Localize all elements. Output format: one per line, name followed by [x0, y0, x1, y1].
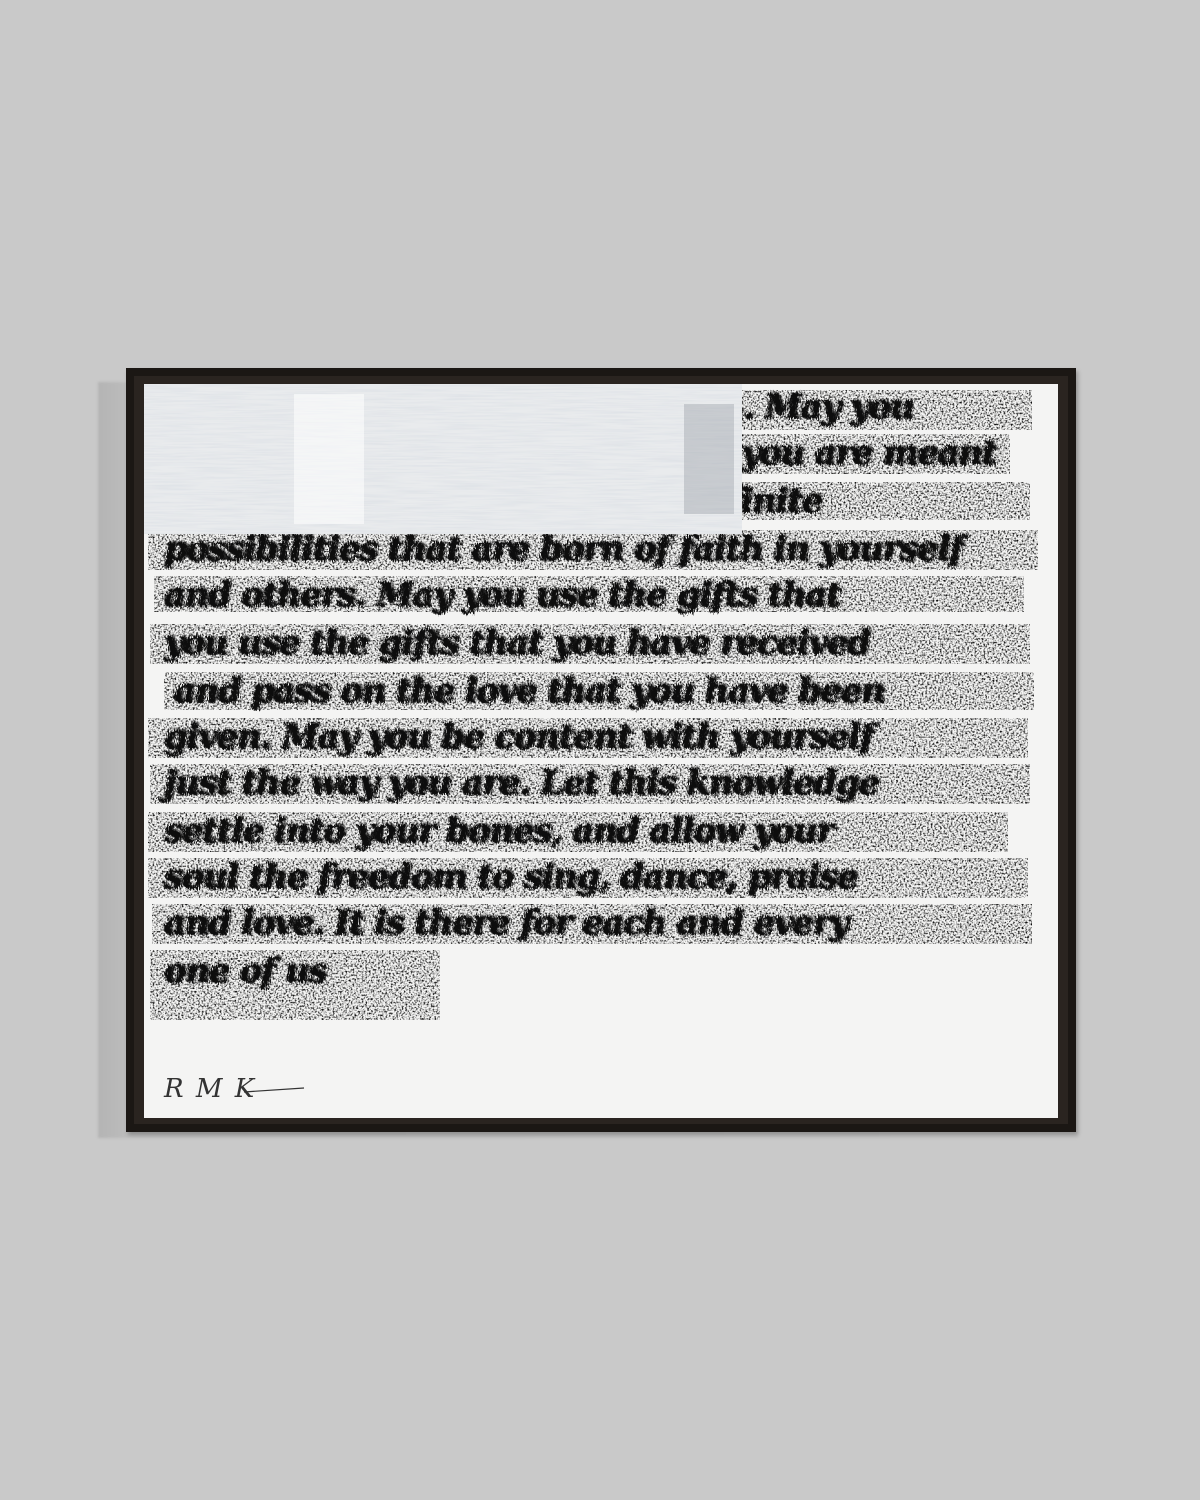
text-line: given. May you be content with yourself [164, 714, 1024, 760]
text-line: and love. It is there for each and every [164, 900, 1024, 946]
product-photo: May today there be peace within. May you… [0, 0, 1200, 1500]
text-line: and others. May you use the gifts that [164, 572, 1024, 618]
overpaint-block [144, 384, 742, 534]
text-line: one of us [164, 948, 1024, 994]
text-line: soul the freedom to sing, dance, praise [164, 854, 1024, 900]
text-line: just the way you are. Let this knowledge [164, 760, 1024, 806]
text-line: you use the gifts that you have received [164, 620, 1024, 666]
text-line: and pass on the love that you have been [174, 668, 1024, 714]
artwork-canvas: May today there be peace within. May you… [144, 384, 1058, 1118]
text-line: settle into your bones, and allow your [164, 808, 1024, 854]
artist-signature: R M K [164, 1074, 256, 1104]
